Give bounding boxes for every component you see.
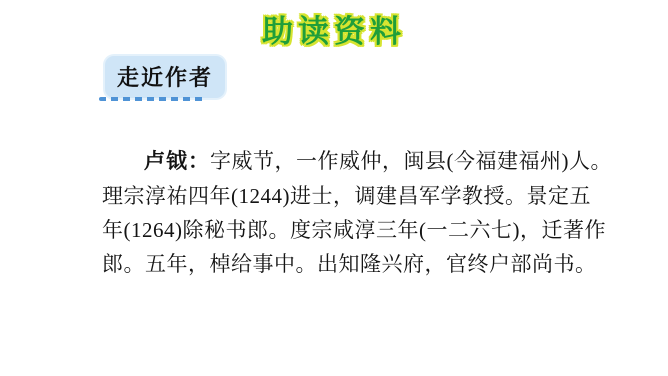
author-name: 卢钺：	[144, 150, 210, 173]
bio-line-1-text: 字威节，一作威仲，闽县(今福建福州)人。	[210, 149, 612, 173]
dashed-underline	[99, 97, 207, 101]
page-title: 助读资料	[0, 6, 668, 51]
bio-line-3: 年(1264)除秘书郎。度宗咸淳三年(一二六七)，迁著作	[102, 213, 568, 247]
bio-line-4: 郎。五年，棹给事中。出知隆兴府，官终户部尚书。	[102, 247, 568, 281]
bio-line-2: 理宗淳祐四年(1244)进士，调建昌军学教授。景定五	[102, 179, 568, 213]
author-bio-paragraph: 卢钺：字威节，一作威仲，闽县(今福建福州)人。 理宗淳祐四年(1244)进士，调…	[102, 144, 568, 281]
bio-line-1: 卢钺：字威节，一作威仲，闽县(今福建福州)人。	[102, 144, 568, 179]
slide: 助读资料 走近作者 卢钺：字威节，一作威仲，闽县(今福建福州)人。 理宗淳祐四年…	[0, 0, 668, 376]
section-label-author: 走近作者	[105, 56, 225, 98]
